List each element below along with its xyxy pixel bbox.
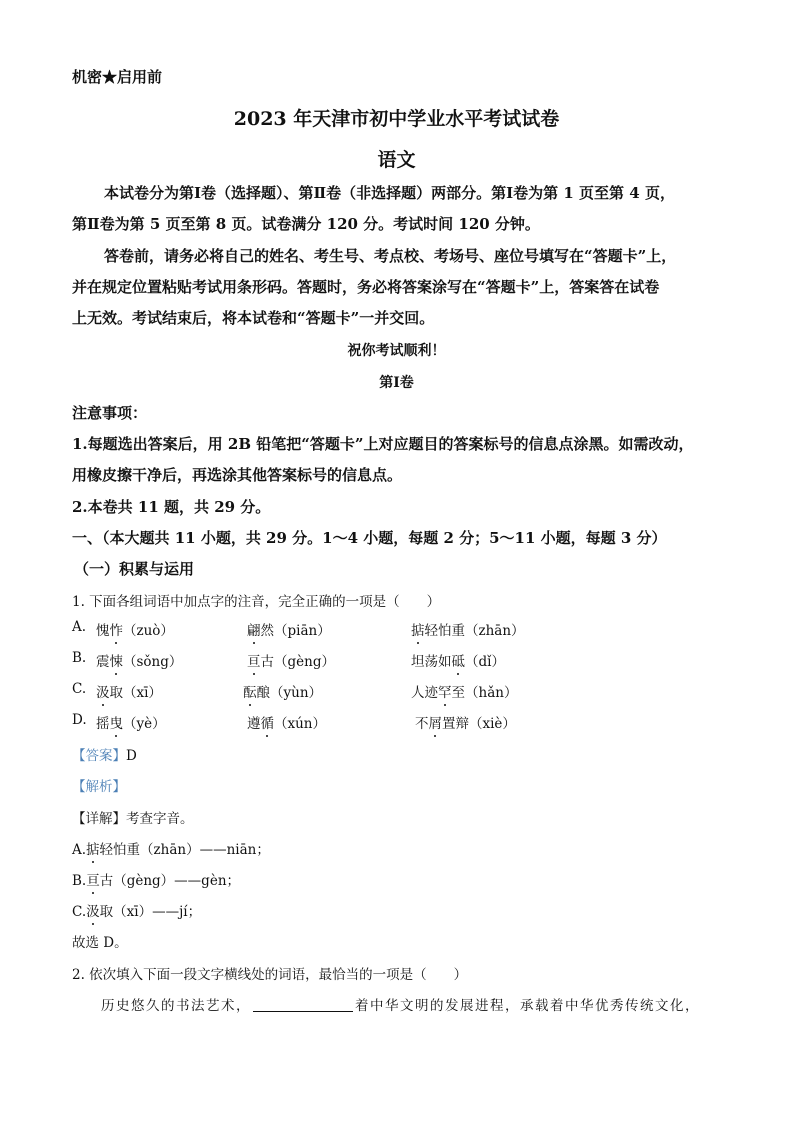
fill-in-blank: [253, 997, 353, 1012]
correction-b: B.亘古（gèng）——gèn；: [72, 869, 240, 889]
option-item: 人迹罕至（hǎn）: [411, 681, 517, 701]
intro-paragraph-2-line-3: 上无效。考试结束后，将本试卷和“答题卡”一并交回。: [72, 307, 434, 328]
emphasis-char: 怍: [110, 619, 124, 639]
exam-title: 2023 年天津市初中学业水平考试试卷: [0, 104, 793, 131]
pinyin: （hǎn）: [465, 685, 517, 701]
emphasis-char: 屑: [429, 712, 443, 732]
option-item: 震悚（sǒng）: [96, 650, 182, 670]
word-part: 至: [452, 685, 466, 701]
word-part: 震: [96, 654, 110, 670]
note-item-1-line-1: 1.每题选出答案后，用 2B 铅笔把“答题卡”上对应题目的答案标号的信息点涂黑。…: [72, 433, 693, 454]
pinyin: （gèng）: [274, 654, 335, 670]
option-label: B.: [72, 650, 86, 666]
pinyin: （piān）: [274, 623, 331, 639]
pinyin: （yùn）: [270, 685, 322, 701]
pinyin: （dǐ）: [465, 654, 505, 670]
section-heading: 一、（本大题共 11 小题，共 29 分。1～4 小题，每题 2 分；5～11 …: [72, 527, 667, 548]
correction-text: 轻怕重（zhān）——niān；: [100, 842, 270, 858]
emphasis-char: 曳: [110, 712, 124, 732]
word-part: 酿: [257, 685, 271, 701]
pinyin: （sǒng）: [123, 654, 182, 670]
option-item: 愧怍（zuò）: [96, 619, 174, 639]
word-part: 不: [415, 716, 429, 732]
emphasis-char: 罕: [438, 681, 452, 701]
correction-a: A.掂轻怕重（zhān）——niān；: [72, 838, 270, 858]
word-part: 古: [261, 654, 275, 670]
answer-tag: 【答案】: [72, 748, 126, 764]
volume-heading: 第Ⅰ卷: [0, 372, 793, 392]
word-part: 轻怕重: [425, 623, 466, 639]
word-part: 遵: [247, 716, 261, 732]
emphasis-char: 亘: [86, 869, 100, 889]
option-item: 坦荡如砥（dǐ）: [411, 650, 505, 670]
word-part: 摇: [96, 716, 110, 732]
option-item: 掂轻怕重（zhān）: [411, 619, 525, 639]
option-item: 翩然（piān）: [247, 619, 331, 639]
option-item: 摇曳（yè）: [96, 712, 166, 732]
intro-paragraph-2-line-1: 答卷前，请务必将自己的姓名、考生号、考点校、考场号、座位号填写在“答题卡”上，: [104, 245, 676, 266]
note-item-1-line-2: 用橡皮擦干净后，再选涂其他答案标号的信息点。: [72, 464, 402, 485]
option-label: D.: [72, 712, 87, 728]
detail-line: 【详解】考查字音。: [72, 807, 194, 827]
option-label: A.: [72, 619, 86, 635]
emphasis-char: 酝: [243, 681, 257, 701]
confidential-label: 机密★启用前: [72, 66, 162, 87]
emphasis-char: 掂: [411, 619, 425, 639]
emphasis-char: 掂: [86, 838, 100, 858]
word-part: 坦荡如: [411, 654, 452, 670]
option-item: 亘古（gèng）: [247, 650, 335, 670]
emphasis-char: 翩: [247, 619, 261, 639]
correction-text: 取（xī）——jí；: [100, 904, 201, 920]
option-label: C.: [72, 681, 86, 697]
correction-text: 古（gèng）——gèn；: [100, 873, 240, 889]
passage-text: 着中华文明的发展进程，承载着中华优秀传统文化，: [355, 998, 700, 1014]
word-part: 置辩: [442, 716, 469, 732]
option-item: 汲取（xī）: [96, 681, 162, 701]
passage-text: 历史悠久的书法艺术，: [101, 998, 251, 1014]
pinyin: （xún）: [274, 716, 326, 732]
detail-tag: 【详解】: [72, 811, 126, 827]
intro-paragraph-2-line-2: 并在规定位置粘贴考试用条形码。答题时，务必将答案涂写在“答题卡”上，答案答在试卷: [72, 276, 659, 297]
pinyin: （zhān）: [465, 623, 525, 639]
question-2-passage: 历史悠久的书法艺术，着中华文明的发展进程，承载着中华优秀传统文化，: [101, 994, 700, 1014]
question-2-stem: 2. 依次填入下面一段文字横线处的词语，最恰当的一项是（ ）: [72, 963, 467, 983]
option-item: 酝酿（yùn）: [243, 681, 322, 701]
subject-title: 语文: [0, 145, 793, 172]
exam-page: 机密★启用前 2023 年天津市初中学业水平考试试卷 语文 本试卷分为第Ⅰ卷（选…: [0, 0, 793, 1122]
intro-paragraph-1-line-1: 本试卷分为第Ⅰ卷（选择题）、第Ⅱ卷（非选择题）两部分。第Ⅰ卷为第 1 页至第 4…: [104, 182, 675, 203]
word-part: 然: [261, 623, 275, 639]
pinyin: （xī）: [123, 685, 162, 701]
emphasis-char: 汲: [96, 681, 110, 701]
correction-prefix: B.: [72, 873, 86, 889]
option-item: 遵循（xún）: [247, 712, 326, 732]
emphasis-char: 汲: [86, 900, 100, 920]
detail-text: 考查字音。: [126, 811, 194, 827]
word-part: 取: [110, 685, 124, 701]
emphasis-char: 循: [261, 712, 275, 732]
question-1-stem: 1. 下面各组词语中加点字的注音，完全正确的一项是（ ）: [72, 590, 440, 610]
pinyin: （zuò）: [123, 623, 174, 639]
pinyin: （xiè）: [469, 716, 516, 732]
answer-value: D: [126, 748, 137, 764]
word-part: 愧: [96, 623, 110, 639]
emphasis-char: 悚: [110, 650, 124, 670]
correction-prefix: C.: [72, 904, 86, 920]
option-item: 不屑置辩（xiè）: [415, 712, 516, 732]
emphasis-char: 砥: [452, 650, 466, 670]
answer-line: 【答案】D: [72, 744, 137, 764]
notes-heading: 注意事项：: [72, 402, 147, 423]
section-subheading: （一）积累与运用: [74, 558, 194, 579]
good-luck-text: 祝你考试顺利！: [0, 340, 793, 360]
correction-prefix: A.: [72, 842, 86, 858]
pinyin: （yè）: [123, 716, 166, 732]
conclusion: 故选 D。: [72, 931, 128, 951]
correction-c: C.汲取（xī）——jí；: [72, 900, 201, 920]
analysis-tag: 【解析】: [72, 775, 126, 795]
intro-paragraph-1-line-2: 第Ⅱ卷为第 5 页至第 8 页。试卷满分 120 分。考试时间 120 分钟。: [72, 213, 540, 234]
note-item-2: 2.本卷共 11 题，共 29 分。: [72, 496, 270, 517]
emphasis-char: 亘: [247, 650, 261, 670]
word-part: 人迹: [411, 685, 438, 701]
